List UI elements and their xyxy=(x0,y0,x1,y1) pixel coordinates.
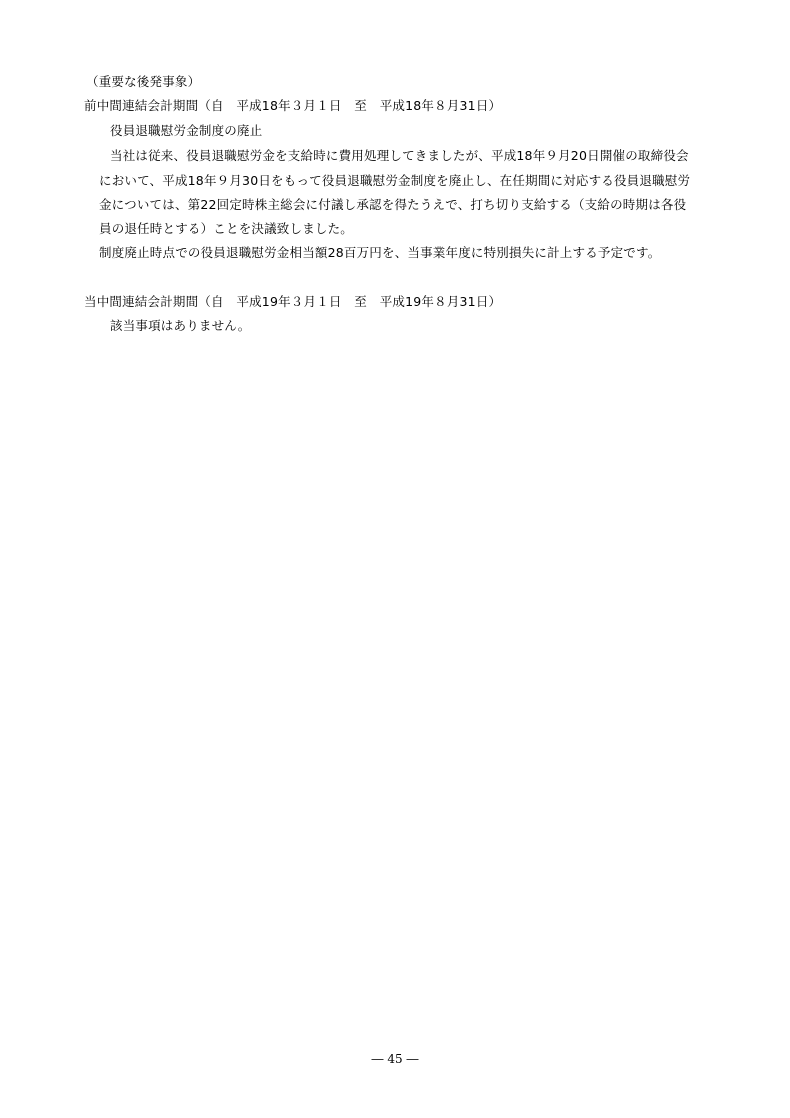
paragraph-line: 員の退任時とする）ことを決議致しました。 xyxy=(99,221,353,237)
prior-period-subheading: 役員退職慰労金制度の廃止 xyxy=(110,123,262,139)
paragraph-line: において、平成18年９月30日をもって役員退職慰労金制度を廃止し、在任期間に対応… xyxy=(99,173,690,189)
second-paragraph: 制度廃止時点での役員退職慰労金相当額28百万円を、当事業年度に特別損失に計上する… xyxy=(99,245,660,261)
current-period-label: 当中間連結会計期間（自 平成19年３月１日 至 平成19年８月31日） xyxy=(84,294,501,310)
paragraph-line: 金については、第22回定時株主総会に付議し承認を得たうえで、打ち切り支給する（支… xyxy=(99,197,686,213)
prior-period-label: 前中間連結会計期間（自 平成18年３月１日 至 平成18年８月31日） xyxy=(84,98,501,114)
paragraph-line: 当社は従来、役員退職慰労金を支給時に費用処理してきましたが、平成18年９月20日… xyxy=(110,148,689,164)
page-number: ― 45 ― xyxy=(0,1051,790,1067)
current-period-note: 該当事項はありません。 xyxy=(110,318,250,334)
section-heading: （重要な後発事象） xyxy=(86,74,200,90)
